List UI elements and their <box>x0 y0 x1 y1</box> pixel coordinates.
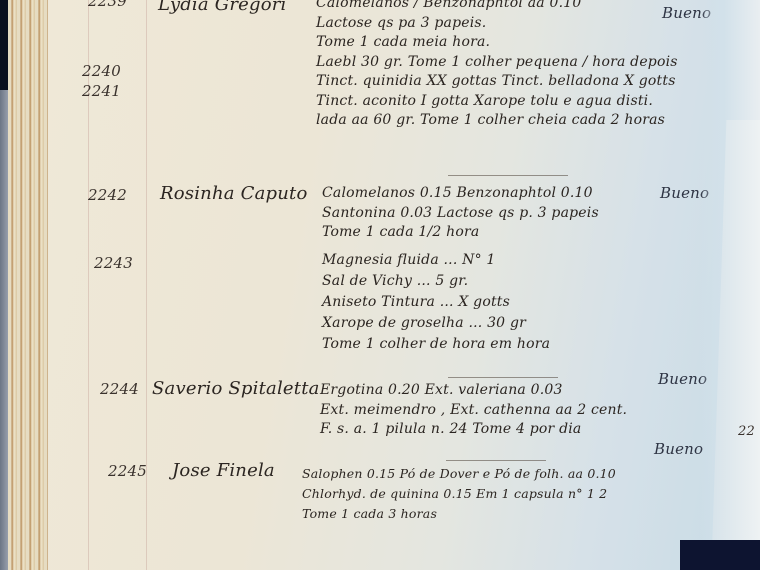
prescription: Salophen 0.15 Pó de Dover e Pó de folh. … <box>302 464 616 524</box>
margin-note: Bueno <box>660 184 709 202</box>
margin-note: Bueno <box>658 370 707 388</box>
entry-number: 2245 <box>108 462 147 480</box>
prescription: Ergotina 0.20 Ext. valeriana 0.03 Ext. m… <box>320 381 627 440</box>
separator-line <box>446 460 546 461</box>
separator-line <box>448 175 568 176</box>
prescription: Magnesia fluida ... N° 1 Sal de Vichy ..… <box>322 250 550 355</box>
entry-number: 2242 <box>88 186 127 204</box>
column-rule <box>146 0 147 570</box>
photo-scene: 2239 Lydia Gregori Calomelanos / Benzona… <box>0 0 760 570</box>
right-page-number: 22 <box>738 424 755 439</box>
table-surface <box>680 540 760 570</box>
entry-number: 2240 <box>82 62 121 80</box>
entry-number: 2239 <box>88 0 127 10</box>
patient-name: Rosinha Caputo <box>160 183 308 204</box>
prescription: Calomelanos 0.15 Benzonaphtol 0.10 Santo… <box>322 184 599 243</box>
separator-line <box>448 377 558 378</box>
patient-name: Jose Finela <box>172 460 275 481</box>
entry-number: 2244 <box>100 380 139 398</box>
entry-number: 2241 <box>82 82 121 100</box>
ledger-page: 2239 Lydia Gregori Calomelanos / Benzona… <box>48 0 760 570</box>
prescription: Calomelanos / Benzonaphtol aa 0.10 Lacto… <box>316 0 678 131</box>
margin-note: Bueno <box>662 4 711 22</box>
margin-note: Bueno <box>654 440 703 458</box>
entry-number: 2243 <box>94 254 133 272</box>
patient-name: Lydia Gregori <box>158 0 287 15</box>
patient-name: Saverio Spitaletta <box>152 378 320 399</box>
